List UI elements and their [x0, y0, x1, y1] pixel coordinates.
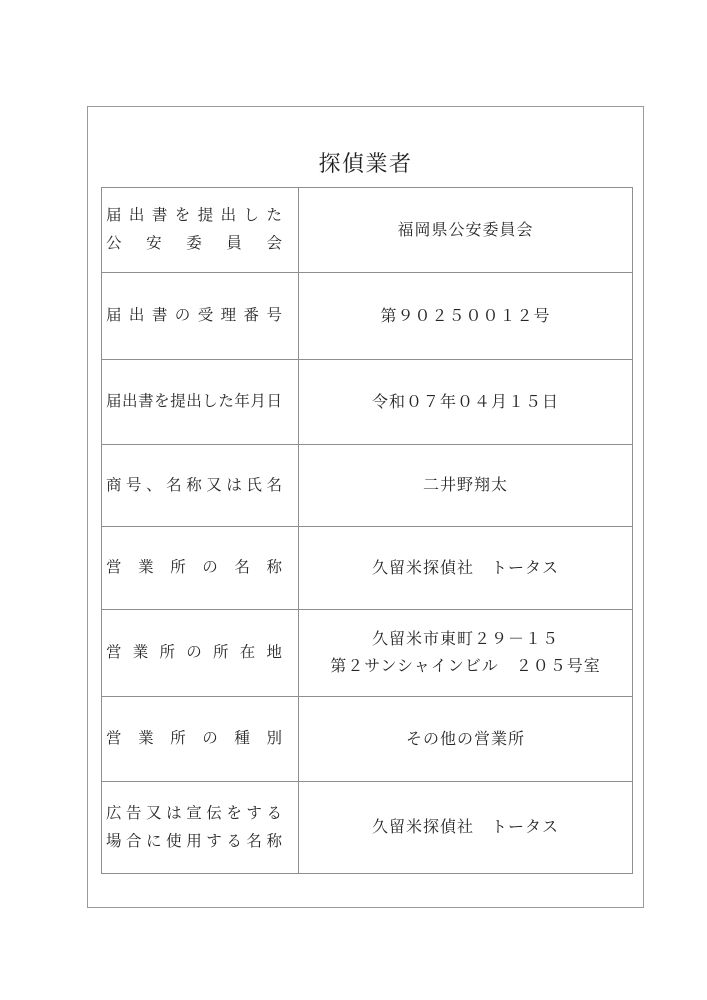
row-value-line: 久留米探偵社 トータス — [372, 814, 559, 841]
row-value-cell: その他の営業所 — [299, 697, 632, 781]
row-label-cell: 届出書の受理番号 — [102, 273, 299, 359]
row-value-cell: 令和０７年０４月１５日 — [299, 360, 632, 444]
row-value-cell: 二井野翔太 — [299, 445, 632, 526]
row-label-cell: 営業所の所在地 — [102, 610, 299, 696]
document-page: 探偵業者 届出書を提出した 公安委員会 福岡県公安委員会 届出書の受理番号 第９… — [87, 106, 644, 908]
row-label-line: 場合に使用する名称 — [106, 828, 282, 856]
row-label-line: 営業所の名称 — [106, 554, 282, 582]
table-row-receipt-number: 届出書の受理番号 第９０２５００１２号 — [102, 273, 632, 360]
row-label-cell: 商号、名称又は氏名 — [102, 445, 299, 526]
row-label-line: 営業所の種別 — [106, 725, 282, 753]
table-row-office-address: 営業所の所在地 久留米市東町２９－１５ 第２サンシャインビル ２０５号室 — [102, 610, 632, 697]
row-value-line: 第９０２５００１２号 — [380, 303, 550, 330]
row-value-cell: 久留米探偵社 トータス — [299, 527, 632, 609]
table-row-filing-date: 届出書を提出した年月日 令和０７年０４月１５日 — [102, 360, 632, 445]
row-label-line: 商号、名称又は氏名 — [106, 472, 282, 500]
table-row-office-name: 営業所の名称 久留米探偵社 トータス — [102, 527, 632, 610]
page-canvas: 探偵業者 届出書を提出した 公安委員会 福岡県公安委員会 届出書の受理番号 第９… — [0, 0, 707, 1000]
page-title: 探偵業者 — [88, 147, 643, 178]
row-value-cell: 福岡県公安委員会 — [299, 188, 632, 272]
row-label-line: 届出書を提出した — [106, 202, 282, 230]
registration-table: 届出書を提出した 公安委員会 福岡県公安委員会 届出書の受理番号 第９０２５００… — [101, 187, 633, 874]
row-value-line: 第２サンシャインビル ２０５号室 — [330, 653, 600, 680]
row-label-line: 広告又は宣伝をする — [106, 800, 282, 828]
row-label-line: 公安委員会 — [106, 230, 282, 258]
row-label-line: 届出書の受理番号 — [106, 302, 282, 330]
table-row-filing-commission: 届出書を提出した 公安委員会 福岡県公安委員会 — [102, 188, 632, 273]
row-value-line: 久留米市東町２９－１５ — [372, 626, 559, 653]
row-label-line: 営業所の所在地 — [106, 639, 282, 667]
row-label-cell: 届出書を提出した年月日 — [102, 360, 299, 444]
row-value-line: 久留米探偵社 トータス — [372, 555, 559, 582]
row-value-line: 福岡県公安委員会 — [397, 217, 533, 244]
row-label-cell: 営業所の名称 — [102, 527, 299, 609]
row-label-cell: 届出書を提出した 公安委員会 — [102, 188, 299, 272]
row-value-line: その他の営業所 — [406, 726, 525, 753]
table-row-advertising-name: 広告又は宣伝をする 場合に使用する名称 久留米探偵社 トータス — [102, 782, 632, 873]
row-value-cell: 第９０２５００１２号 — [299, 273, 632, 359]
row-label-line: 届出書を提出した年月日 — [106, 388, 282, 416]
row-label-cell: 営業所の種別 — [102, 697, 299, 781]
row-value-line: 令和０７年０４月１５日 — [372, 389, 559, 416]
row-value-cell: 久留米市東町２９－１５ 第２サンシャインビル ２０５号室 — [299, 610, 632, 696]
row-value-cell: 久留米探偵社 トータス — [299, 782, 632, 873]
table-row-trade-name: 商号、名称又は氏名 二井野翔太 — [102, 445, 632, 527]
row-value-line: 二井野翔太 — [423, 472, 508, 499]
table-row-office-type: 営業所の種別 その他の営業所 — [102, 697, 632, 782]
row-label-cell: 広告又は宣伝をする 場合に使用する名称 — [102, 782, 299, 873]
